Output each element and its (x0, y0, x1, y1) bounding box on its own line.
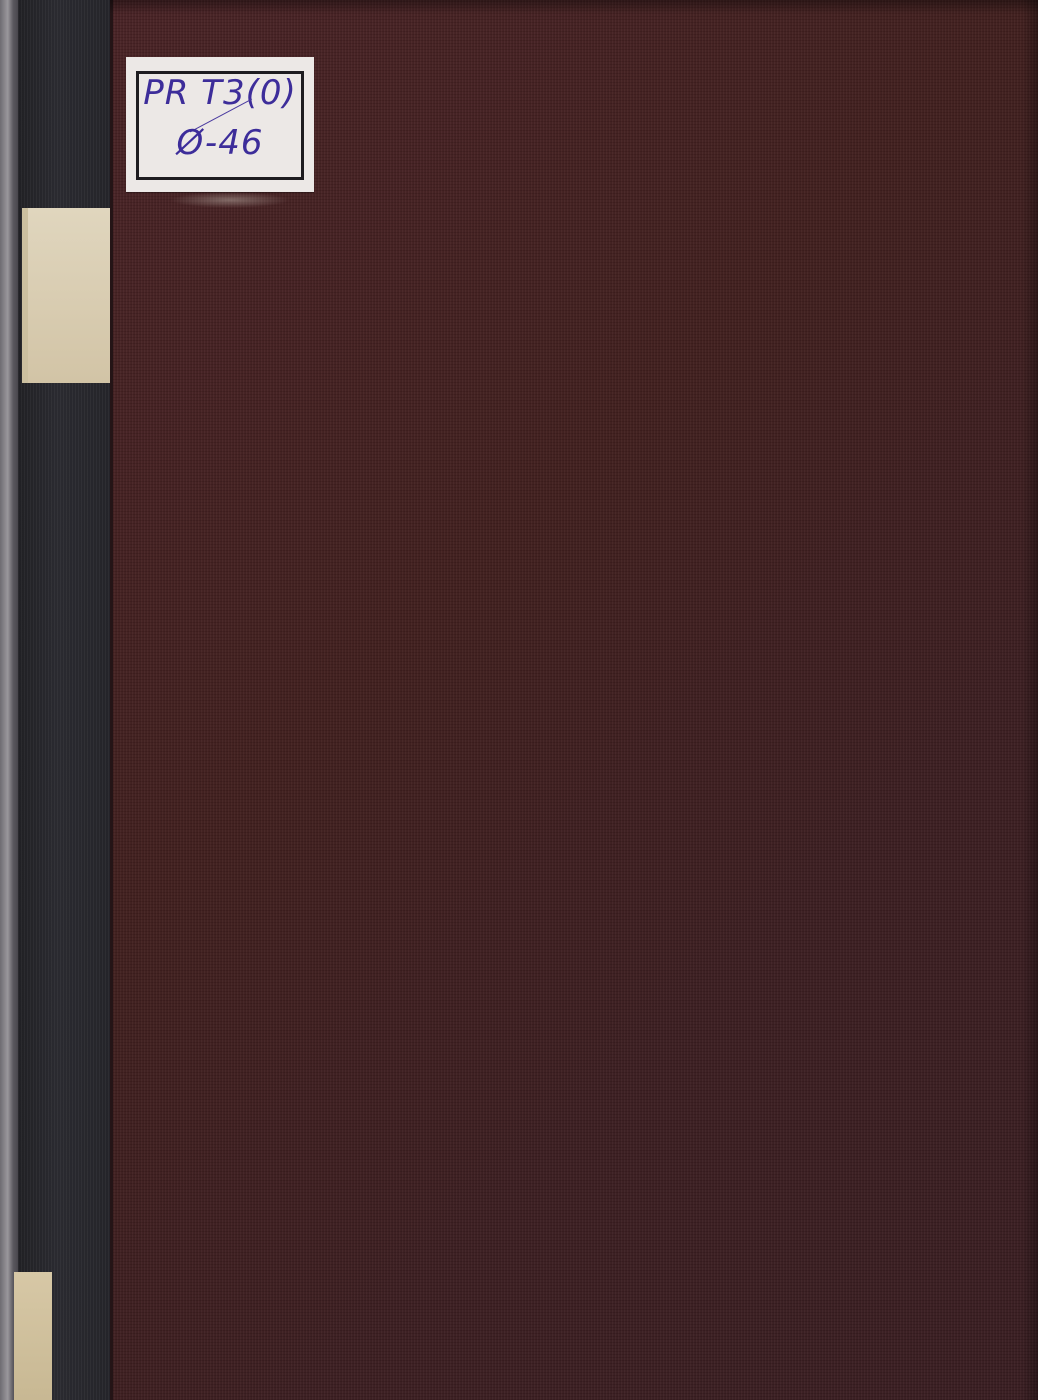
cover-right-shadow (1022, 0, 1038, 1400)
spine-paper-label-top (22, 208, 116, 383)
call-number-label: PR T3(0) Ø-46 (126, 57, 314, 192)
book-cover-scan: PR T3(0) Ø-46 (0, 0, 1038, 1400)
call-number-line-1: PR T3(0) (126, 73, 314, 113)
cover-top-shadow (110, 0, 1038, 14)
glue-residue (170, 192, 290, 208)
call-number-line-2: Ø-46 (126, 123, 314, 163)
cloth-cover (110, 0, 1038, 1400)
spine-paper-label-bottom (14, 1272, 52, 1400)
